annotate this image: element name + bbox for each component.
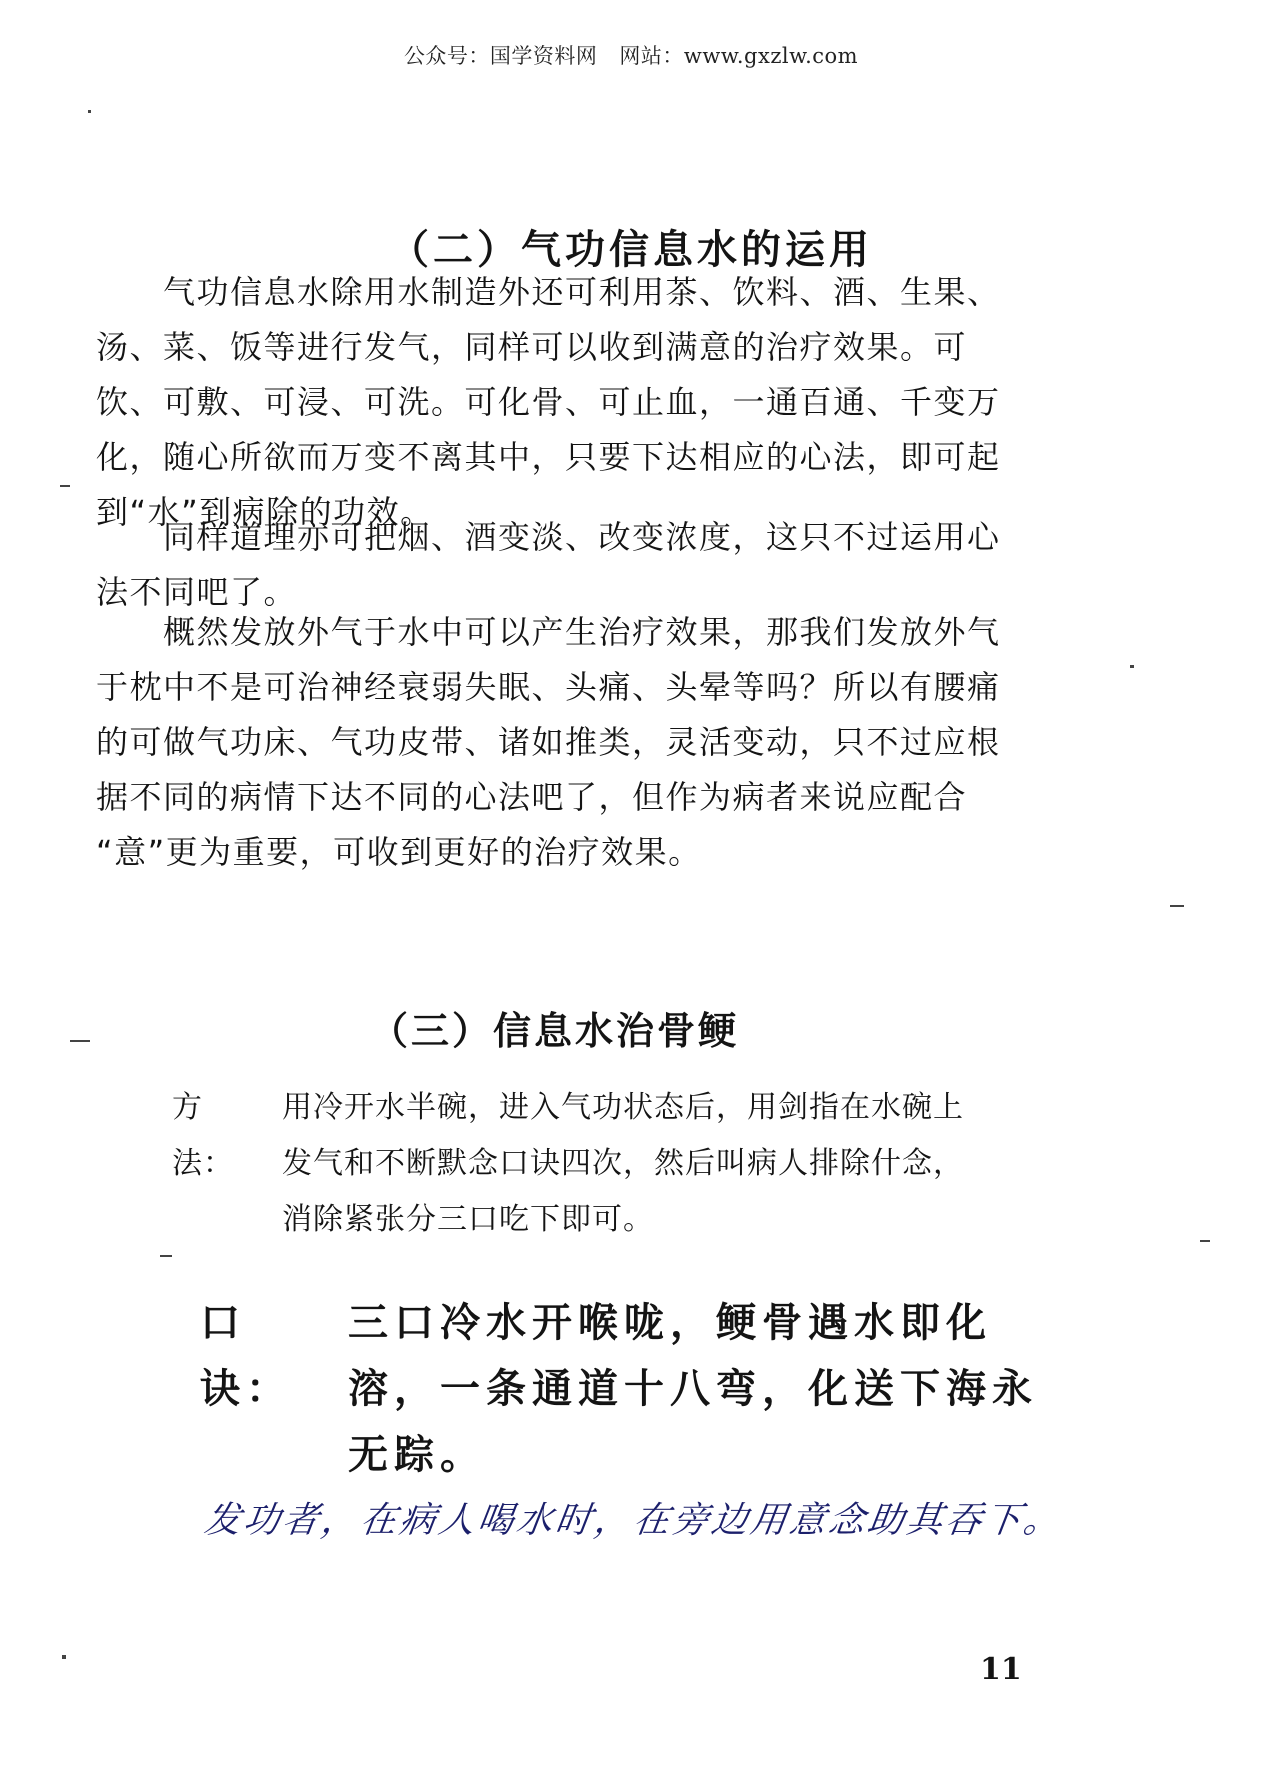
section-3-title: （三）信息水治骨鲠 [370, 1000, 739, 1055]
scan-speck [1130, 665, 1134, 668]
text-line: 三口冷水开喉咙，鲠骨遇水即化 [348, 1290, 1148, 1356]
scan-speck [1200, 1240, 1210, 1242]
watermark-website: 网站：www.gxzlw.com [619, 44, 858, 68]
scan-speck [70, 1040, 90, 1042]
scan-speck [160, 1255, 172, 1257]
method-body: 用冷开水半碗，进入气功状态后，用剑指在水碗上 发气和不断默念口诀四次，然后叫病人… [282, 1080, 1102, 1248]
handwritten-note: 发功者，在病人喝水时，在旁边用意念助其吞下。 [201, 1492, 1066, 1543]
paragraph-1: 气功信息水除用水制造外还可利用茶、饮料、酒、生果、 汤、菜、饭等进行发气，同样可… [96, 265, 1096, 540]
text-line: 用冷开水半碗，进入气功状态后，用剑指在水碗上 [282, 1080, 1102, 1136]
text-line: 据不同的病情下达不同的心法吧了，但作为病者来说应配合 [96, 770, 1096, 825]
text-line: “意”更为重要，可收到更好的治疗效果。 [96, 825, 1096, 880]
paragraph-3: 概然发放外气于水中可以产生治疗效果，那我们发放外气 于枕中不是可治神经衰弱失眠、… [96, 605, 1096, 880]
text-line: 饮、可敷、可浸、可洗。可化骨、可止血，一通百通、千变万 [96, 375, 1096, 430]
text-line: 溶，一条通道十八弯，化送下海永 [348, 1356, 1148, 1422]
scan-speck [88, 110, 91, 113]
text-line: 无踪。 [348, 1422, 1148, 1488]
scan-speck [62, 1655, 66, 1659]
scan-speck [60, 485, 70, 487]
formula-label: 口诀： [200, 1290, 292, 1422]
scan-speck [1170, 905, 1184, 907]
page-number: 11 [980, 1652, 1022, 1687]
formula-body: 三口冷水开喉咙，鲠骨遇水即化 溶，一条通道十八弯，化送下海永 无踪。 [348, 1290, 1148, 1488]
text-line: 于枕中不是可治神经衰弱失眠、头痛、头晕等吗？所以有腰痛 [96, 660, 1096, 715]
watermark-header: 公众号：国学资料网网站：www.gxzlw.com [0, 40, 1262, 70]
method-label: 方法： [172, 1080, 234, 1192]
text-line: 的可做气功床、气功皮带、诸如推类，灵活变动，只不过应根 [96, 715, 1096, 770]
text-line: 汤、菜、饭等进行发气，同样可以收到满意的治疗效果。可 [96, 320, 1096, 375]
text-line: 概然发放外气于水中可以产生治疗效果，那我们发放外气 [96, 605, 1096, 660]
text-line: 发气和不断默念口诀四次，然后叫病人排除什念， [282, 1136, 1102, 1192]
text-line: 气功信息水除用水制造外还可利用茶、饮料、酒、生果、 [96, 265, 1096, 320]
text-line: 同样道理亦可把烟、酒变淡、改变浓度，这只不过运用心 [96, 510, 1096, 565]
text-line: 消除紧张分三口吃下即可。 [282, 1192, 1102, 1248]
watermark-account: 公众号：国学资料网 [404, 44, 598, 68]
paragraph-2: 同样道理亦可把烟、酒变淡、改变浓度，这只不过运用心 法不同吧了。 [96, 510, 1096, 620]
text-line: 化，随心所欲而万变不离其中，只要下达相应的心法，即可起 [96, 430, 1096, 485]
